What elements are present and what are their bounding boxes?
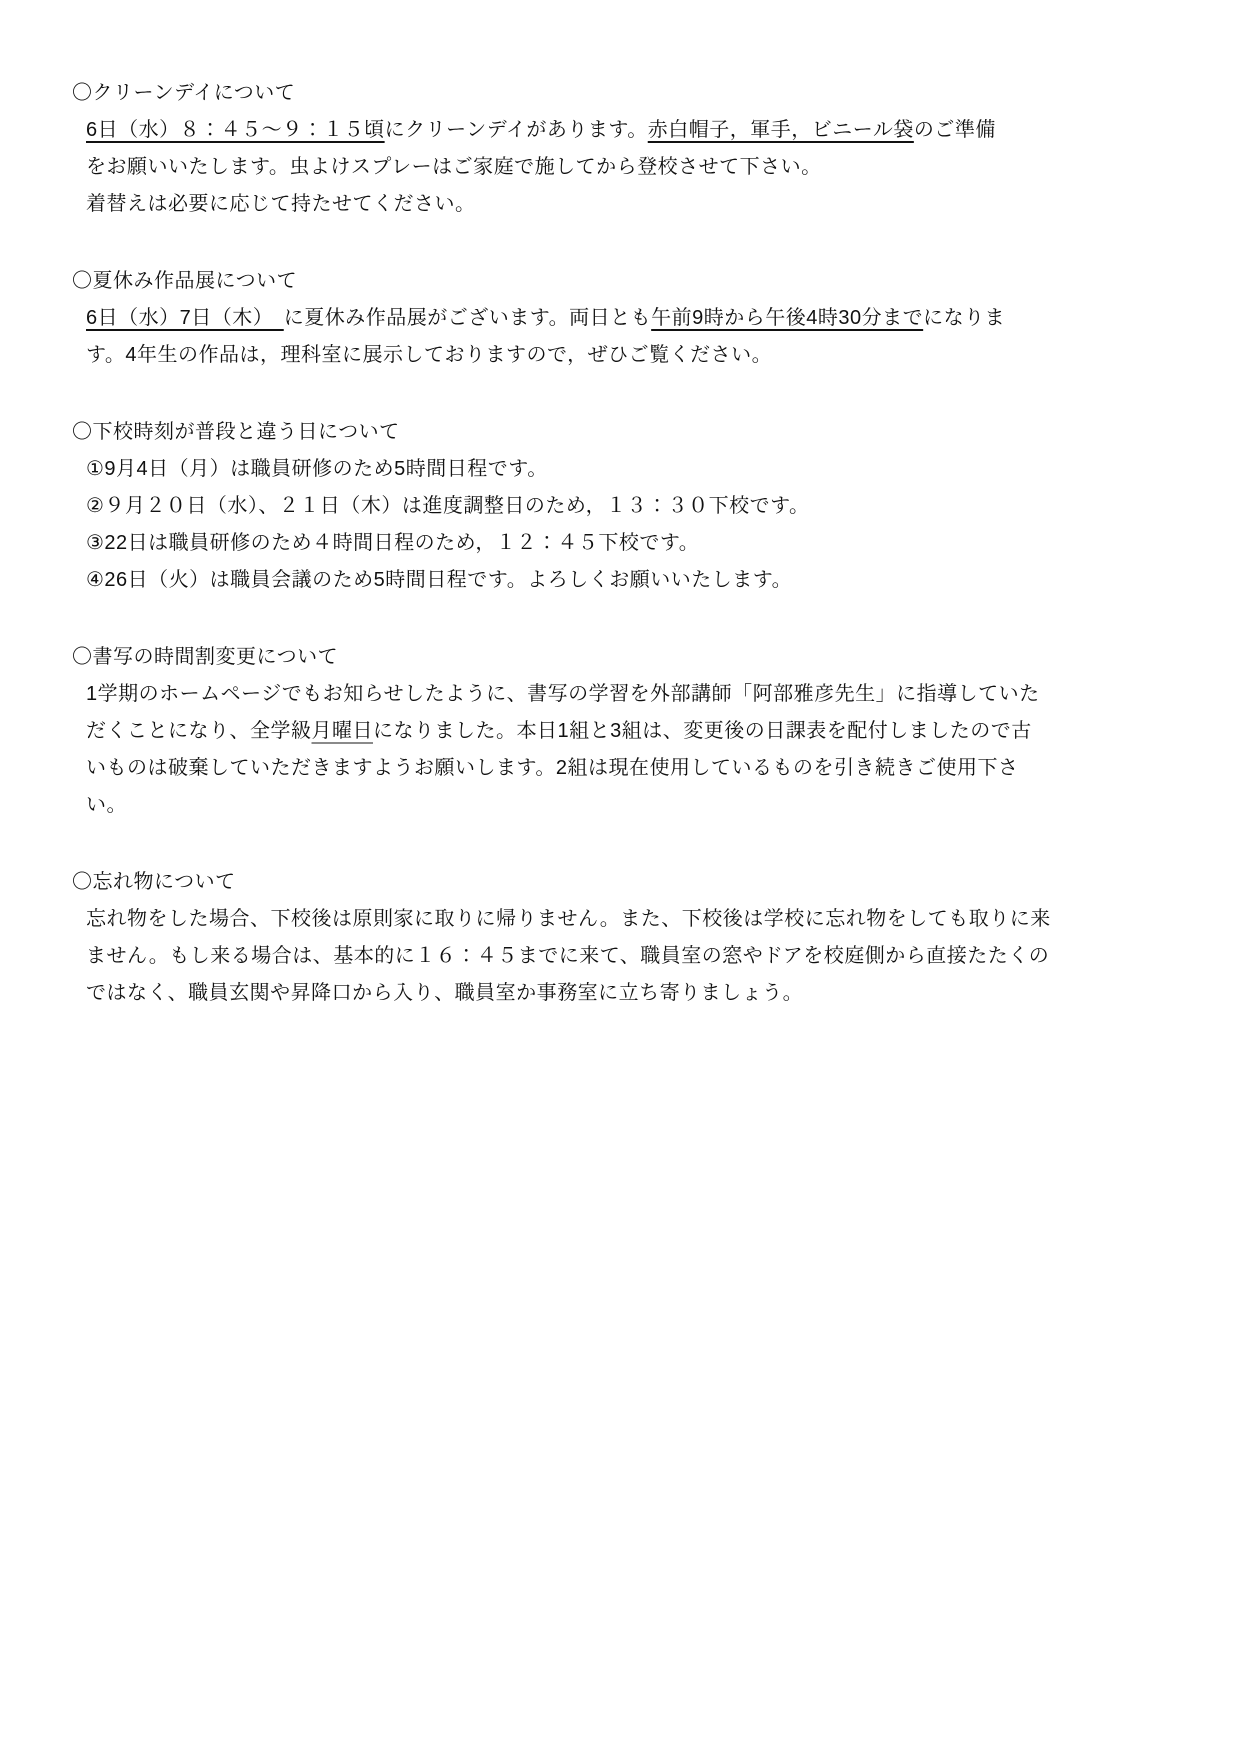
text-segment: 着替えは必要に応じて持たせてください。 — [86, 193, 476, 215]
notice-sections-container: 〇クリーンデイについて6日（水）８：４５～９：１５頃にクリーンデイがあります。赤… — [72, 75, 1180, 1012]
section-heading: 〇下校時刻が普段と違う日について — [72, 414, 1180, 451]
document-page: 〇クリーンデイについて6日（水）８：４５～９：１５頃にクリーンデイがあります。赤… — [0, 0, 1240, 1755]
text-line: だくことになり、全学級月曜日になりました。本日1組と3組は、変更後の日課表を配付… — [72, 713, 1180, 750]
text-segment: ③22日は職員研修のため４時間日程のため，１２：４５下校です。 — [86, 532, 699, 554]
text-line: ②９月２０日（水）、２１日（木）は進度調整日のため，１３：３０下校です。 — [72, 488, 1180, 525]
text-segment: ではなく、職員玄関や昇降口から入り、職員室か事務室に立ち寄りましょう。 — [86, 982, 803, 1004]
text-line: 6日（水）7日（木） に夏休み作品展がございます。両日とも午前9時から午後4時3… — [72, 300, 1180, 337]
text-line: 6日（水）８：４５～９：１５頃にクリーンデイがあります。赤白帽子，軍手，ビニール… — [72, 112, 1180, 149]
text-segment: のご準備 — [914, 119, 996, 141]
text-segment: い。 — [86, 794, 127, 816]
text-segment: ません。もし来る場合は、基本的に１６：４５までに来て、職員室の窓やドアを校庭側か… — [86, 945, 1049, 967]
text-line: ません。もし来る場合は、基本的に１６：４５までに来て、職員室の窓やドアを校庭側か… — [72, 938, 1180, 975]
text-line: ③22日は職員研修のため４時間日程のため，１２：４５下校です。 — [72, 525, 1180, 562]
text-segment: に夏休み作品展がございます。両日とも — [284, 307, 651, 329]
notice-section: 〇下校時刻が普段と違う日について①9月4日（月）は職員研修のため5時間日程です。… — [72, 414, 1180, 599]
text-line: す。4年生の作品は，理科室に展示しておりますので，ぜひご覧ください。 — [72, 337, 1180, 374]
text-line: ①9月4日（月）は職員研修のため5時間日程です。 — [72, 451, 1180, 488]
text-segment: ④26日（火）は職員会議のため5時間日程です。よろしくお願いいたします。 — [86, 569, 792, 591]
underlined-text: 月曜日 — [312, 720, 374, 742]
text-segment: になりま — [923, 307, 1005, 329]
text-segment: にクリーンデイがあります。 — [385, 119, 648, 141]
notice-section: 〇書写の時間割変更について1学期のホームページでもお知らせしたように、書写の学習… — [72, 639, 1180, 824]
text-segment: 忘れ物をした場合、下校後は原則家に取りに帰りません。また、下校後は学校に忘れ物を… — [86, 908, 1051, 930]
text-line: いものは破棄していただきますようお願いします。2組は現在使用しているものを引き続… — [72, 750, 1180, 787]
text-line: 忘れ物をした場合、下校後は原則家に取りに帰りません。また、下校後は学校に忘れ物を… — [72, 901, 1180, 938]
text-segment: いものは破棄していただきますようお願いします。2組は現在使用しているものを引き続… — [86, 757, 1019, 779]
underlined-text: 赤白帽子，軍手，ビニール袋 — [648, 119, 914, 141]
text-segment: ②９月２０日（水）、２１日（木）は進度調整日のため，１３：３０下校です。 — [86, 495, 810, 517]
text-line: ではなく、職員玄関や昇降口から入り、職員室か事務室に立ち寄りましょう。 — [72, 975, 1180, 1012]
section-heading: 〇クリーンデイについて — [72, 75, 1180, 112]
text-line: 1学期のホームページでもお知らせしたように、書写の学習を外部講師「阿部雅彦先生」… — [72, 676, 1180, 713]
underlined-text: 6日（水）7日（木） — [86, 307, 284, 329]
notice-section: 〇クリーンデイについて6日（水）８：４５～９：１５頃にクリーンデイがあります。赤… — [72, 75, 1180, 223]
section-heading: 〇書写の時間割変更について — [72, 639, 1180, 676]
notice-section: 〇夏休み作品展について6日（水）7日（木） に夏休み作品展がございます。両日とも… — [72, 263, 1180, 374]
text-line: をお願いいたします。虫よけスプレーはご家庭で施してから登校させて下さい。 — [72, 149, 1180, 186]
text-segment: ①9月4日（月）は職員研修のため5時間日程です。 — [86, 458, 548, 480]
text-segment: 1学期のホームページでもお知らせしたように、書写の学習を外部講師「阿部雅彦先生」… — [86, 683, 1040, 705]
text-segment: だくことになり、全学級 — [86, 720, 312, 742]
text-segment: をお願いいたします。虫よけスプレーはご家庭で施してから登校させて下さい。 — [86, 156, 822, 178]
underlined-text: 6日（水）８：４５～９：１５頃 — [86, 119, 385, 141]
section-heading: 〇忘れ物について — [72, 864, 1180, 901]
text-line: い。 — [72, 787, 1180, 824]
notice-section: 〇忘れ物について忘れ物をした場合、下校後は原則家に取りに帰りません。また、下校後… — [72, 864, 1180, 1012]
text-segment: す。4年生の作品は，理科室に展示しておりますので，ぜひご覧ください。 — [86, 344, 772, 366]
underlined-text: 午前9時から午後4時30分まで — [651, 307, 923, 329]
section-heading: 〇夏休み作品展について — [72, 263, 1180, 300]
text-line: 着替えは必要に応じて持たせてください。 — [72, 186, 1180, 223]
text-segment: になりました。本日1組と3組は、変更後の日課表を配付しましたので古 — [373, 720, 1032, 742]
text-line: ④26日（火）は職員会議のため5時間日程です。よろしくお願いいたします。 — [72, 562, 1180, 599]
